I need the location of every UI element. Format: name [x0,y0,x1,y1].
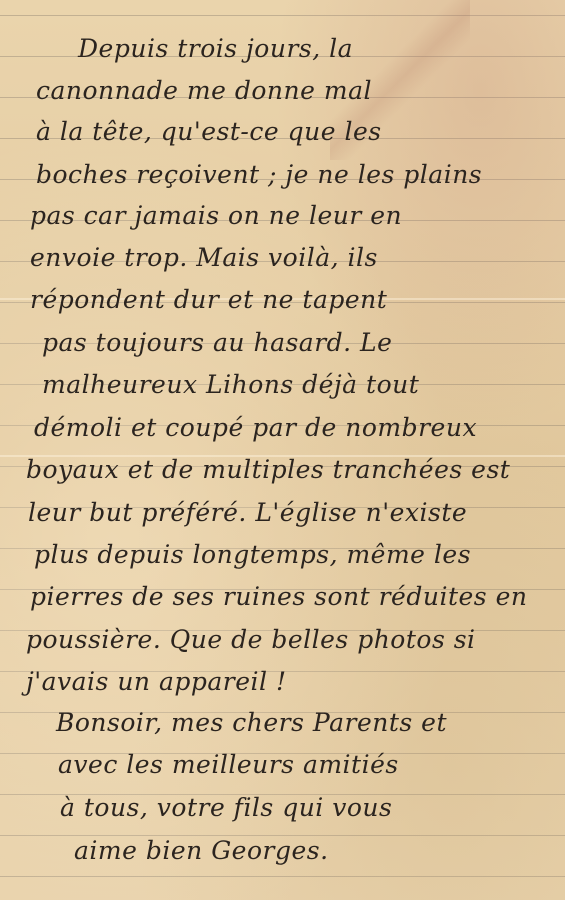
letter-line: boyaux et de multiples tranchées est [26,455,510,484]
letter-line: à la tête, qu'est-ce que les [36,117,382,146]
letter-line: pierres de ses ruines sont réduites en [30,582,527,611]
letter-line: boches reçoivent ; je ne les plains [36,160,482,189]
letter-line: Bonsoir, mes chers Parents et [56,708,447,737]
letter-line: pas car jamais on ne leur en [30,201,402,230]
letter-line: à tous, votre fils qui vous [60,793,392,822]
letter-line: j'avais un appareil ! [26,667,287,696]
letter-line: canonnade me donne mal [36,76,372,105]
letter-line: démoli et coupé par de nombreux [34,413,477,442]
letter-line: plus depuis longtemps, même les [34,540,471,569]
letter-line: avec les meilleurs amitiés [58,750,399,779]
letter-line: malheureux Lihons déjà tout [42,370,419,399]
letter-line: répondent dur et ne tapent [30,285,387,314]
letter-line: poussière. Que de belles photos si [26,625,476,654]
letter-line: Depuis trois jours, la [78,34,353,63]
letter-line: pas toujours au hasard. Le [42,328,392,357]
letter-line: leur but préféré. L'église n'existe [28,498,467,527]
letter-signature-line: aime bien Georges. [74,836,329,865]
letter-line: envoie trop. Mais voilà, ils [30,243,378,272]
